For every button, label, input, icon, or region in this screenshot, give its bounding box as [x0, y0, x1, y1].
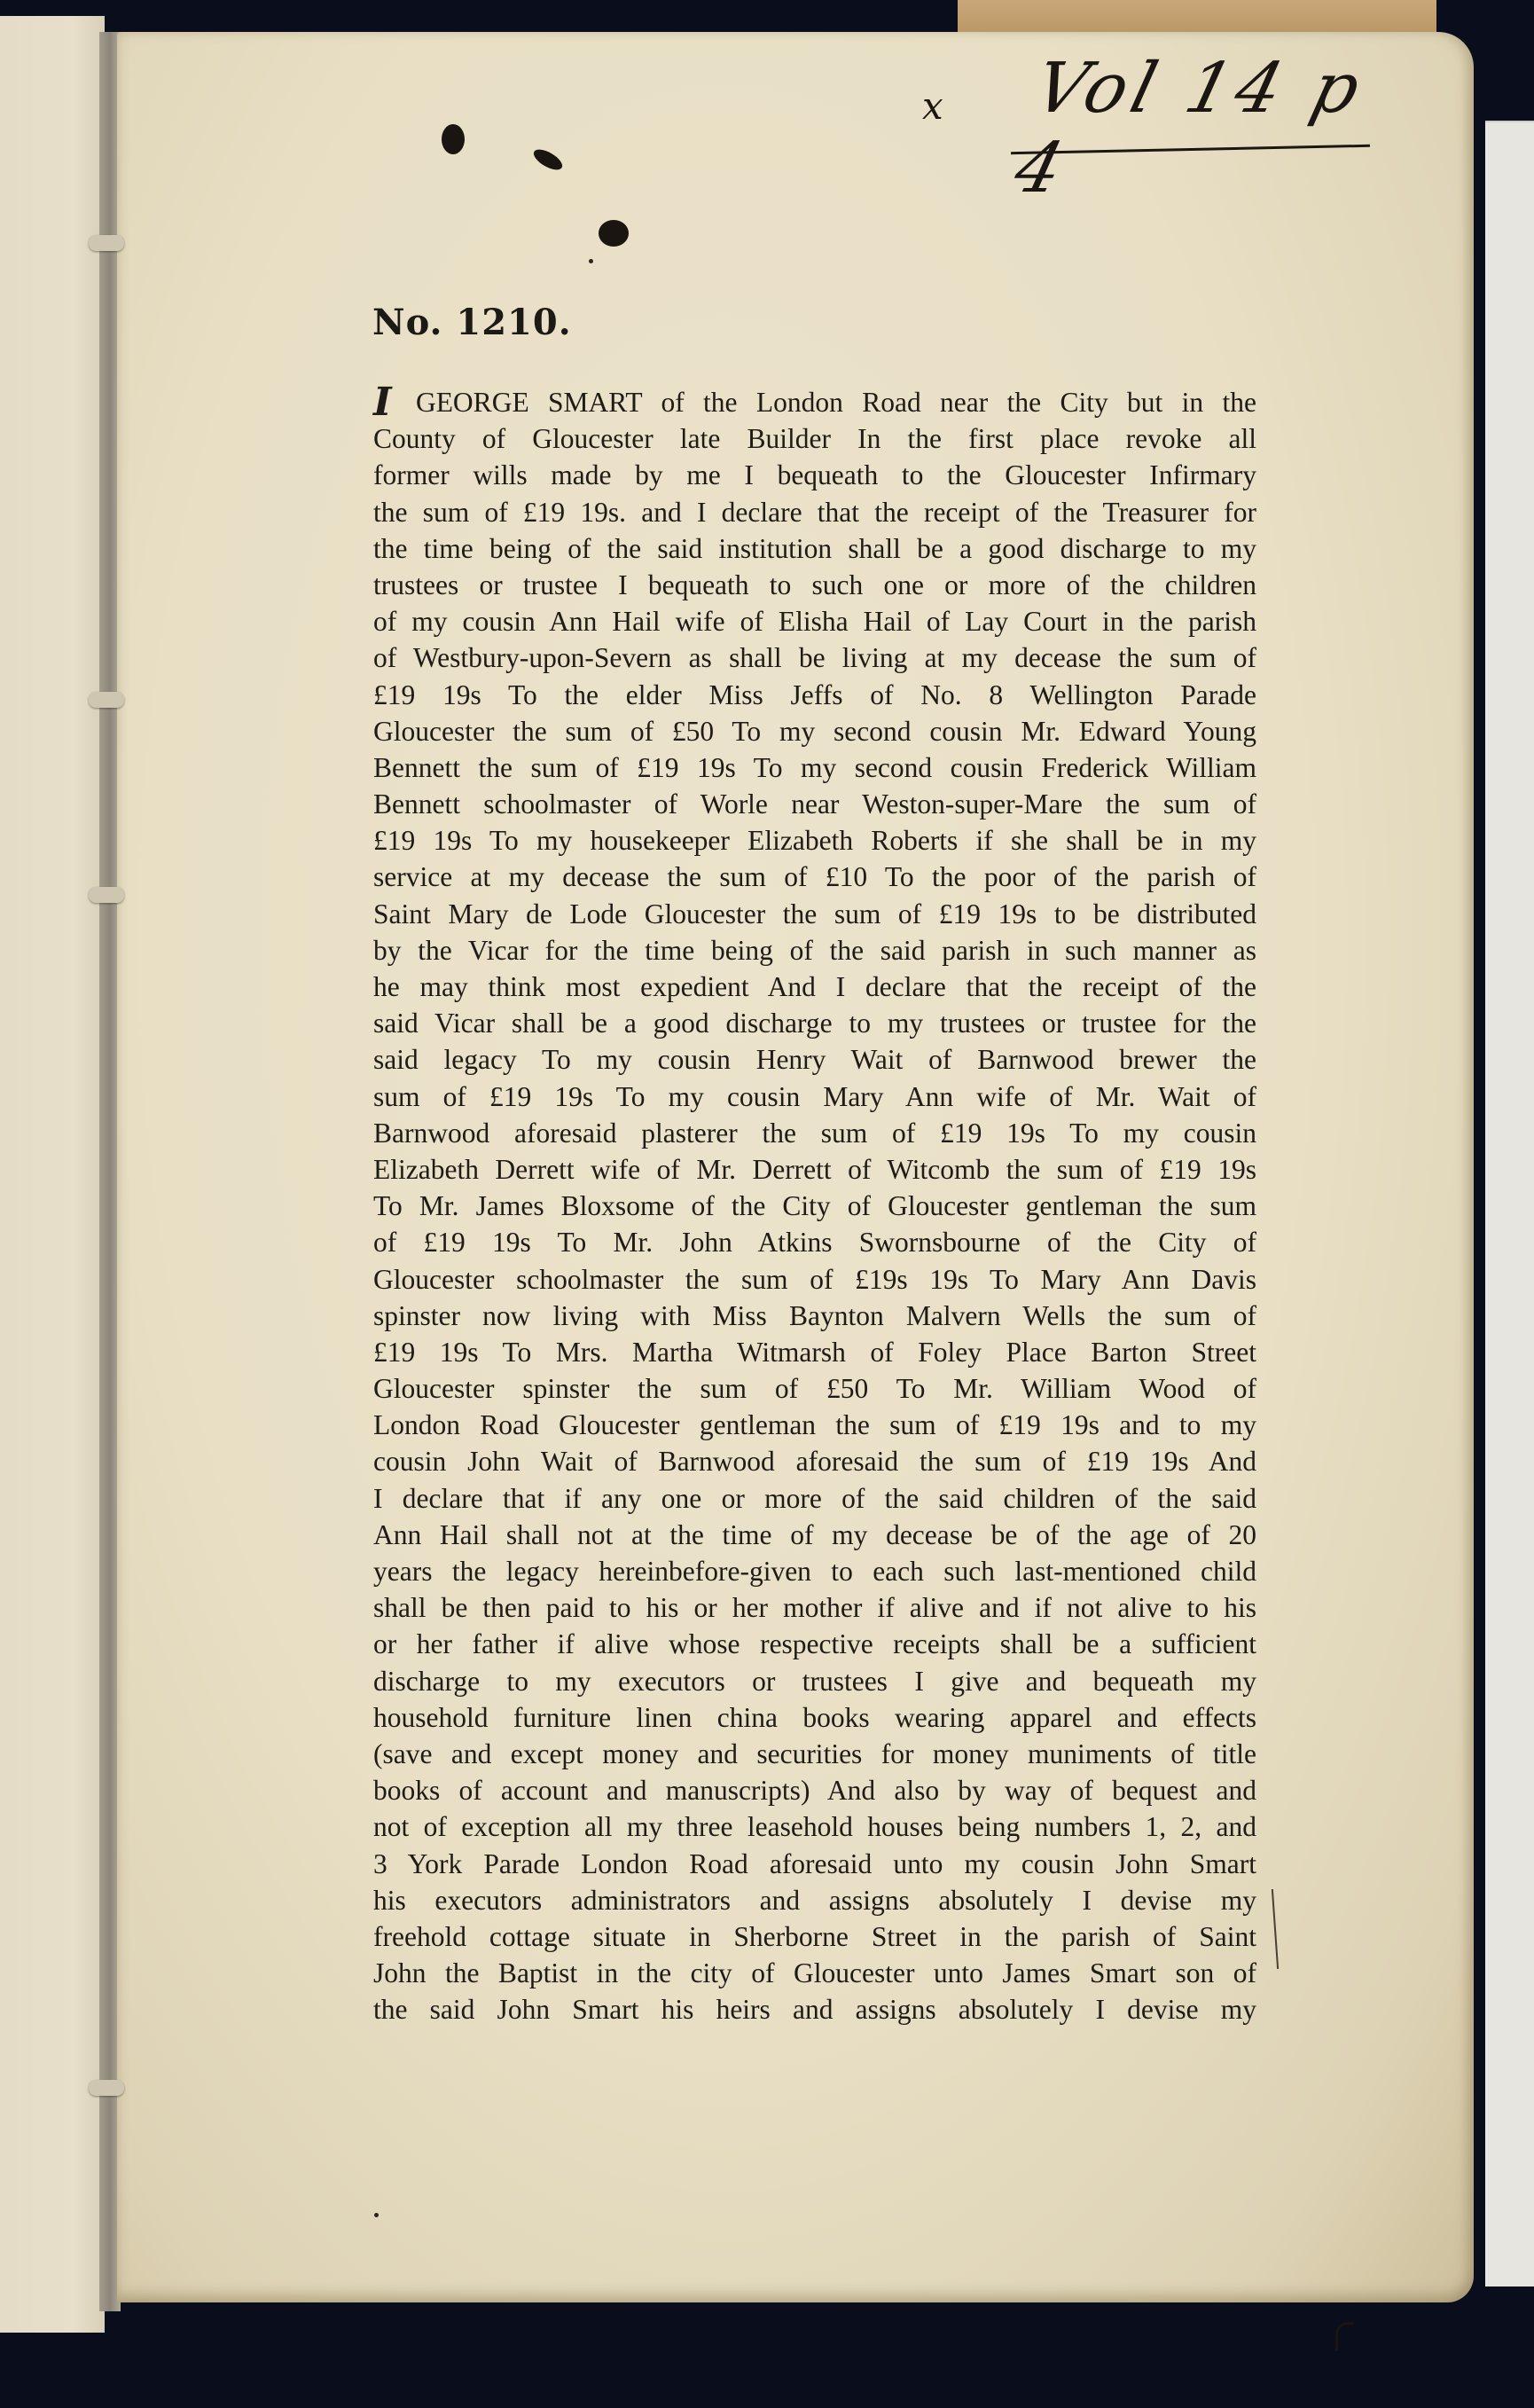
- text-line: the sum of £19 19s. and I declare that t…: [373, 494, 1256, 530]
- text-line: sum of £19 19s To my cousin Mary Ann wif…: [373, 1079, 1256, 1115]
- text-line: £19 19s To the elder Miss Jeffs of No. 8…: [373, 677, 1256, 713]
- text-line: said legacy To my cousin Henry Wait of B…: [373, 1041, 1256, 1078]
- text-line: discharge to my executors or trustees I …: [373, 1663, 1256, 1699]
- handwritten-reference: x Vol 14 p 4: [922, 49, 1383, 164]
- text-line: Elizabeth Derrett wife of Mr. Derrett of…: [373, 1151, 1256, 1188]
- text-line: freehold cottage situate in Sherborne St…: [373, 1918, 1256, 1955]
- text-line: Bennett schoolmaster of Worle near Westo…: [373, 786, 1256, 822]
- cross-mark: x: [922, 84, 943, 128]
- text-line: I declare that if any one or more of the…: [373, 1480, 1256, 1517]
- will-text: I GEORGE SMART of the London Road near t…: [373, 384, 1256, 2028]
- text-line: 3 York Parade London Road aforesaid unto…: [373, 1846, 1256, 1882]
- text-line: shall be then paid to his or her mother …: [373, 1589, 1256, 1626]
- text-line: former wills made by me I bequeath to th…: [373, 457, 1256, 493]
- text-line: Ann Hail shall not at the time of my dec…: [373, 1517, 1256, 1553]
- binding-stitch: [89, 692, 124, 708]
- text-line: Barnwood aforesaid plasterer the sum of …: [373, 1115, 1256, 1151]
- text-line: the said John Smart his heirs and assign…: [373, 1991, 1256, 2028]
- text-line: £19 19s To Mrs. Martha Witmarsh of Foley…: [373, 1334, 1256, 1370]
- binding-stitch: [89, 887, 124, 903]
- text-line: service at my decease the sum of £10 To …: [373, 859, 1256, 895]
- binding-stitch: [89, 235, 124, 251]
- text-line: books of account and manuscripts) And al…: [373, 1772, 1256, 1808]
- text-line: the time being of the said institution s…: [373, 530, 1256, 567]
- text-line: cousin John Wait of Barnwood aforesaid t…: [373, 1443, 1256, 1479]
- text-line: County of Gloucester late Builder In the…: [373, 420, 1256, 457]
- text-line: Gloucester the sum of £50 To my second c…: [373, 713, 1256, 749]
- text-line: Saint Mary de Lode Gloucester the sum of…: [373, 896, 1256, 932]
- text-line: of my cousin Ann Hail wife of Elisha Hai…: [373, 603, 1256, 639]
- text-line: of Westbury-upon-Severn as shall be livi…: [373, 639, 1256, 676]
- text-line: or her father if alive whose respective …: [373, 1626, 1256, 1662]
- text-line: Bennett the sum of £19 19s To my second …: [373, 749, 1256, 786]
- text-line: not of exception all my three leasehold …: [373, 1808, 1256, 1845]
- facing-page-edge: [0, 16, 105, 2333]
- corner-ink-mark: [1335, 2322, 1354, 2351]
- text-line: London Road Gloucester gentleman the sum…: [373, 1407, 1256, 1443]
- text-line: by the Vicar for the time being of the s…: [373, 932, 1256, 969]
- text-line: spinster now living with Miss Baynton Ma…: [373, 1298, 1256, 1334]
- ink-speck: [589, 259, 593, 263]
- volume-page-reference: Vol 14 p 4: [1007, 49, 1404, 208]
- text-line: he may think most expedient And I declar…: [373, 969, 1256, 1005]
- text-line: of £19 19s To Mr. John Atkins Swornsbour…: [373, 1224, 1256, 1260]
- text-line: (save and except money and securities fo…: [373, 1736, 1256, 1772]
- text-line: I GEORGE SMART of the London Road near t…: [373, 384, 1256, 420]
- document-number: No. 1210.: [372, 302, 572, 343]
- underlying-sheet: [1485, 121, 1534, 2286]
- text-line: years the legacy hereinbefore-given to e…: [373, 1553, 1256, 1589]
- text-line: Gloucester schoolmaster the sum of £19s …: [373, 1261, 1256, 1298]
- text-line: John the Baptist in the city of Gloucest…: [373, 1955, 1256, 1991]
- dropcap-letter: I: [373, 380, 392, 425]
- binding-stitch: [89, 2080, 124, 2096]
- ink-speck: [374, 2213, 379, 2217]
- ink-blot: [599, 220, 629, 247]
- ink-blot: [442, 124, 465, 154]
- text-line: said Vicar shall be a good discharge to …: [373, 1005, 1256, 1041]
- text-line: household furniture linen china books we…: [373, 1699, 1256, 1736]
- text-line: his executors administrators and assigns…: [373, 1882, 1256, 1918]
- text-line: Gloucester spinster the sum of £50 To Mr…: [373, 1370, 1256, 1407]
- text-line: To Mr. James Bloxsome of the City of Glo…: [373, 1188, 1256, 1224]
- text-line: trustees or trustee I bequeath to such o…: [373, 567, 1256, 603]
- text-line: £19 19s To my housekeeper Elizabeth Robe…: [373, 822, 1256, 859]
